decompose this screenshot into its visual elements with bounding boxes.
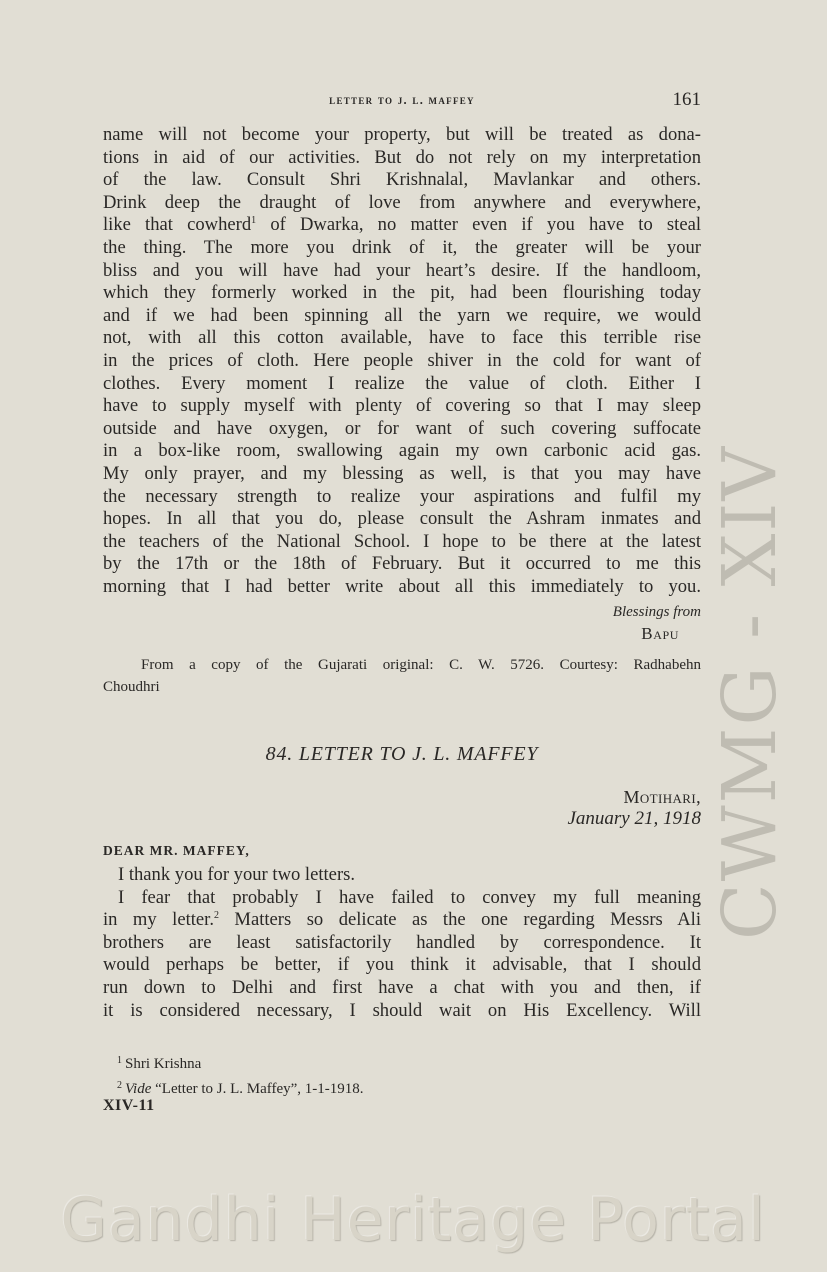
source-line: Choudhri	[103, 679, 160, 695]
text-line: name will not become your property, but …	[103, 124, 701, 147]
footnotes: 1Shri Krishna 2Vide “Letter to J. L. Maf…	[117, 1050, 364, 1100]
text-line: Drink deep the draught of love from anyw…	[103, 192, 701, 215]
source-line: From a copy of the Gujarati original: C.…	[103, 654, 701, 676]
text-line: bliss and you will have had your heart’s…	[103, 260, 701, 283]
closing-blessings: Blessings from	[613, 604, 701, 621]
text-line: of the law. Consult Shri Krishnalal, Mav…	[103, 169, 701, 192]
text-fragment: in my letter.	[103, 909, 214, 930]
text-line: in my letter.2 Matters so delicate as th…	[103, 909, 701, 932]
footnote-vide: Vide	[125, 1081, 151, 1097]
text-fragment: like that cowherd	[103, 214, 251, 235]
printer-signature-mark: XIV-11	[103, 1097, 155, 1115]
text-line: brothers are least satisfactorily handle…	[103, 932, 701, 955]
text-line: would perhaps be better, if you think it…	[103, 954, 701, 977]
footnote-text: “Letter to J. L. Maffey”, 1-1-1918.	[151, 1081, 363, 1097]
letter-date: January 21, 1918	[567, 808, 701, 830]
text-line: the thing. The more you drink of it, the…	[103, 237, 701, 260]
text-fragment: of Dwarka, no matter even if you have to…	[256, 214, 701, 235]
text-line: it is considered necessary, I should wai…	[103, 1000, 701, 1023]
text-line: in the prices of cloth. Here people shiv…	[103, 350, 701, 373]
text-line: in a box-like room, swallowing again my …	[103, 440, 701, 463]
book-page: LETTER TO J. L. MAFFEY 161 name will not…	[0, 0, 827, 1272]
text-line: which they formerly worked in the pit, h…	[103, 282, 701, 305]
text-line: the teachers of the National School. I h…	[103, 531, 701, 554]
watermark-gandhi-heritage-portal: Gandhi Heritage Portal	[8, 1185, 818, 1255]
text-line: like that cowherd1 of Dwarka, no matter …	[103, 214, 701, 237]
source-note: From a copy of the Gujarati original: C.…	[103, 654, 701, 698]
continued-letter-body: name will not become your property, but …	[103, 124, 701, 598]
text-line: My only prayer, and my blessing as well,…	[103, 463, 701, 486]
text-line: outside and have oxygen, or for want of …	[103, 418, 701, 441]
text-fragment: Matters so delicate as the one regarding…	[219, 909, 701, 930]
text-line: hopes. In all that you do, please consul…	[103, 508, 701, 531]
text-line: not, with all this cotton available, hav…	[103, 327, 701, 350]
text-line: I fear that probably I have failed to co…	[103, 887, 701, 910]
footnote-1: 1Shri Krishna	[117, 1050, 364, 1075]
footnote-text: Shri Krishna	[125, 1056, 201, 1072]
text-line: have to supply myself with plenty of cov…	[103, 395, 701, 418]
letter-place: Motihari,	[623, 787, 701, 808]
page-number: 161	[673, 89, 702, 111]
new-letter-body: I thank you for your two letters. I fear…	[103, 864, 701, 1022]
text-line: morning that I had better write about al…	[103, 576, 701, 599]
text-line: and if we had been spinning all the yarn…	[103, 305, 701, 328]
running-head: LETTER TO J. L. MAFFEY 161	[103, 89, 701, 113]
salutation: DEAR MR. MAFFEY,	[103, 843, 250, 859]
text-line: run down to Delhi and first have a chat …	[103, 977, 701, 1000]
watermark-cwmg: CWMG - XIV	[720, 320, 780, 940]
running-title: LETTER TO J. L. MAFFEY	[103, 93, 701, 108]
text-line: clothes. Every moment I realize the valu…	[103, 373, 701, 396]
footnote-number: 2	[117, 1080, 122, 1091]
footnote-number: 1	[117, 1055, 122, 1066]
section-title: 84. LETTER TO J. L. MAFFEY	[103, 743, 701, 766]
text-line: I thank you for your two letters.	[103, 864, 701, 887]
text-line: the necessary strength to realize your a…	[103, 486, 701, 509]
text-line: tions in aid of our activities. But do n…	[103, 147, 701, 170]
text-line: by the 17th or the 18th of February. But…	[103, 553, 701, 576]
signature-bapu: Bapu	[641, 624, 679, 644]
